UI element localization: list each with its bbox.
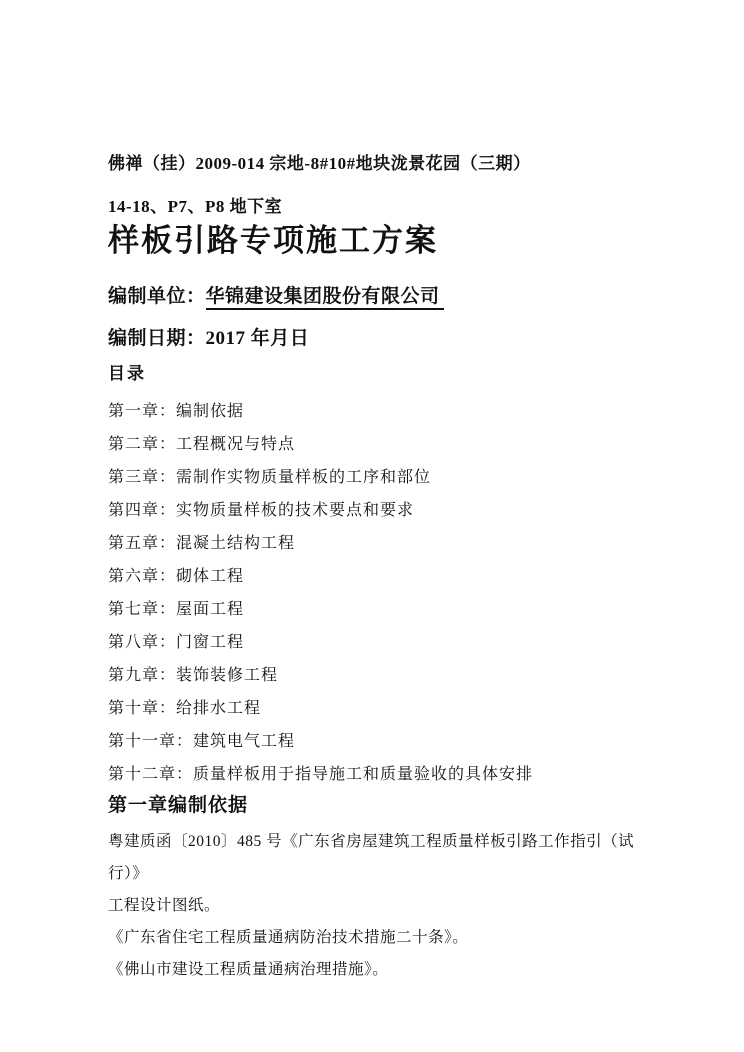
toc-item-chapter-4: 第四章：实物质量样板的技术要点和要求 bbox=[108, 494, 644, 527]
toc-list: 第一章：编制依据 第二章：工程概况与特点 第三章：需制作实物质量样板的工序和部位… bbox=[108, 395, 644, 791]
toc-item-chapter-6: 第六章：砌体工程 bbox=[108, 560, 644, 593]
toc-item-chapter-12: 第十二章：质量样板用于指导施工和质量验收的具体安排 bbox=[108, 758, 644, 791]
toc-item-chapter-7: 第七章：屋面工程 bbox=[108, 593, 644, 626]
toc-item-chapter-9: 第九章：装饰装修工程 bbox=[108, 659, 644, 692]
document-page: 佛禅（挂）2009-014 宗地-8#10#地块泷景花园（三期） 14-18、P… bbox=[0, 0, 744, 1052]
toc-item-chapter-5: 第五章：混凝土结构工程 bbox=[108, 527, 644, 560]
prepared-by-label: 编制单位： bbox=[108, 286, 206, 307]
toc-item-chapter-3: 第三章：需制作实物质量样板的工序和部位 bbox=[108, 461, 644, 494]
chapter-1-body-line-1: 粤建质函〔2010〕485 号《广东省房屋建筑工程质量样板引路工作指引（试行）》 bbox=[108, 826, 644, 890]
toc-item-chapter-1: 第一章：编制依据 bbox=[108, 395, 644, 428]
toc-item-chapter-8: 第八章：门窗工程 bbox=[108, 626, 644, 659]
prepared-date-value: 2017 年月日 bbox=[206, 328, 310, 349]
toc-item-chapter-11: 第十一章：建筑电气工程 bbox=[108, 725, 644, 758]
project-header-line-1: 佛禅（挂）2009-014 宗地-8#10#地块泷景花园（三期） bbox=[108, 152, 644, 176]
toc-item-chapter-2: 第二章：工程概况与特点 bbox=[108, 428, 644, 461]
project-header-line-2: 14-18、P7、P8 地下室 bbox=[108, 195, 644, 219]
prepared-by-line: 编制单位：华锦建设集团股份有限公司 bbox=[108, 283, 644, 311]
prepared-by-value: 华锦建设集团股份有限公司 bbox=[206, 286, 444, 310]
document-content: 佛禅（挂）2009-014 宗地-8#10#地块泷景花园（三期） 14-18、P… bbox=[108, 152, 644, 986]
chapter-1-body: 粤建质函〔2010〕485 号《广东省房屋建筑工程质量样板引路工作指引（试行）》… bbox=[108, 826, 644, 986]
chapter-1-body-line-4: 《佛山市建设工程质量通病治理措施》。 bbox=[108, 954, 644, 986]
prepared-date-label: 编制日期： bbox=[108, 328, 206, 349]
document-title: 样板引路专项施工方案 bbox=[108, 219, 644, 263]
toc-item-chapter-10: 第十章：给排水工程 bbox=[108, 692, 644, 725]
toc-heading: 目录 bbox=[108, 361, 644, 387]
chapter-1-body-line-3: 《广东省住宅工程质量通病防治技术措施二十条》。 bbox=[108, 922, 644, 954]
prepared-date-line: 编制日期：2017 年月日 bbox=[108, 325, 644, 353]
chapter-1-heading: 第一章编制依据 bbox=[108, 791, 644, 821]
chapter-1-body-line-2: 工程设计图纸。 bbox=[108, 890, 644, 922]
